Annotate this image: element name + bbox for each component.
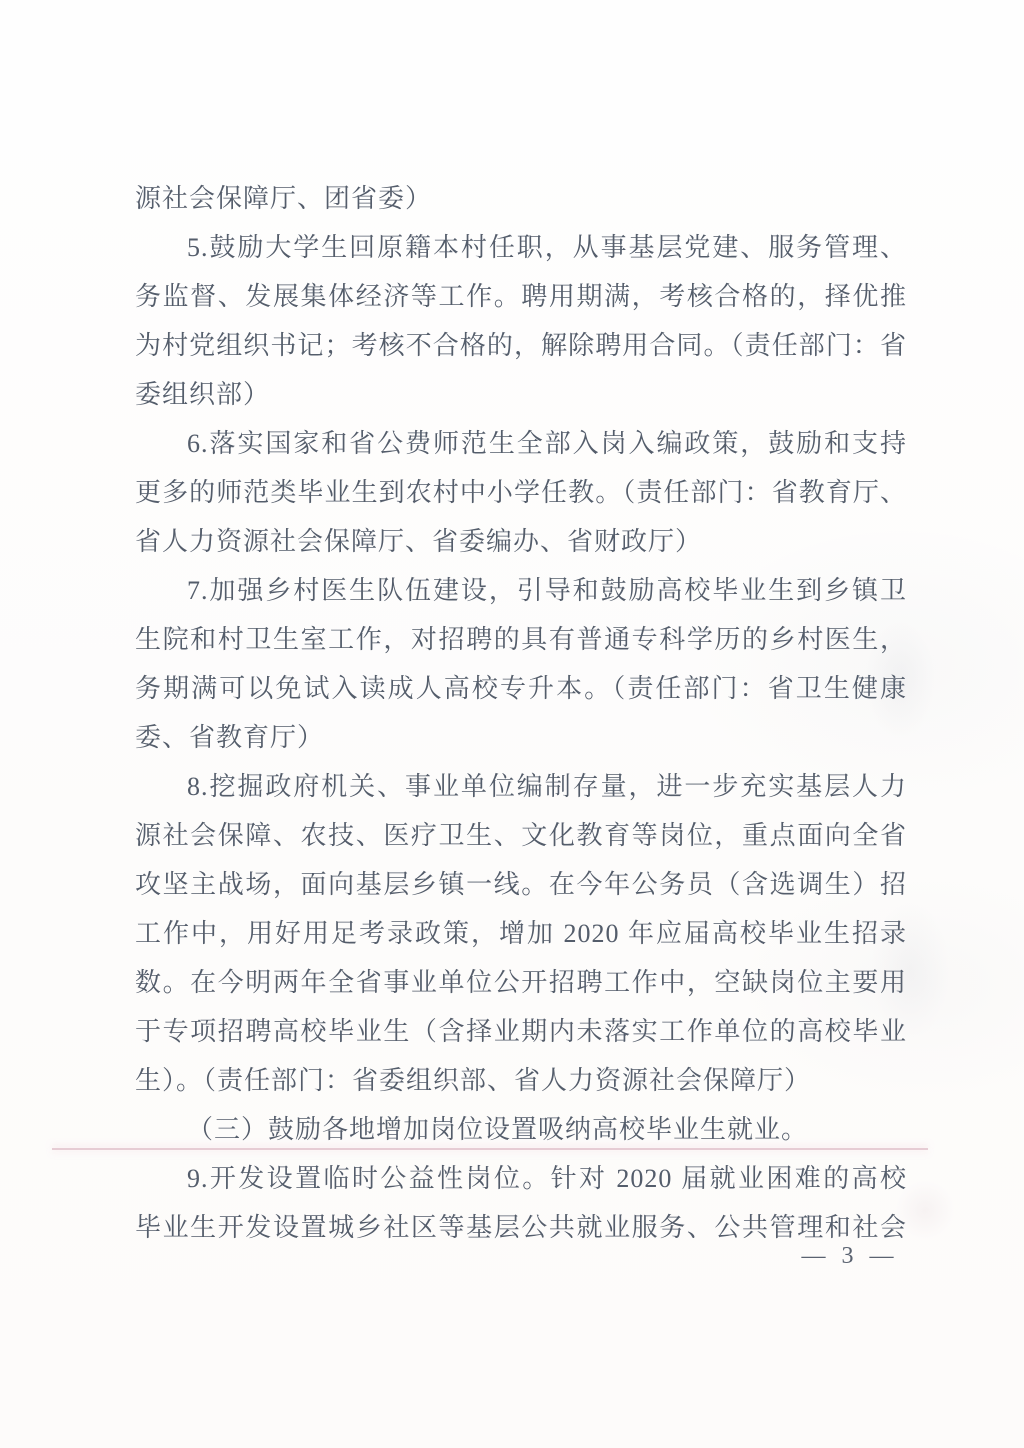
text-line: 源社会保障、农技、医疗卫生、文化教育等岗位，重点面向全省脱贫	[135, 811, 907, 860]
text-line: 委组织部）	[135, 370, 907, 419]
text-line: 8.挖掘政府机关、事业单位编制存量，进一步充实基层人力资	[135, 762, 907, 811]
text-line: 于专项招聘高校毕业生（含择业期内未落实工作单位的高校毕业	[135, 1007, 907, 1056]
page-number: — 3 —	[760, 1240, 940, 1272]
text-line: 攻坚主战场，面向基层乡镇一线。在今年公务员（含选调生）招录	[135, 860, 907, 909]
text-line: 更多的师范类毕业生到农村中小学任教。（责任部门：省教育厅、	[135, 468, 907, 517]
text-line: 9.开发设置临时公益性岗位。针对 2020 届就业困难的高校	[135, 1154, 907, 1203]
text-line: 生院和村卫生室工作，对招聘的具有普通专科学历的乡村医生，服	[135, 615, 907, 664]
document-page: 源社会保障厅、团省委）5.鼓励大学生回原籍本村任职，从事基层党建、服务管理、村务…	[0, 0, 1024, 1448]
text-line: 生）。（责任部门：省委组织部、省人力资源社会保障厅）	[135, 1056, 907, 1105]
text-line: 务监督、发展集体经济等工作。聘用期满，考核合格的，择优推选	[135, 272, 907, 321]
text-line: 为村党组织书记；考核不合格的，解除聘用合同。（责任部门：省	[135, 321, 907, 370]
text-line: 工作中，用好用足考录政策，增加 2020 年应届高校毕业生招录人	[135, 909, 907, 958]
text-line: 务期满可以免试入读成人高校专升本。（责任部门：省卫生健康	[135, 664, 907, 713]
text-line: 源社会保障厅、团省委）	[135, 174, 907, 223]
text-line: 6.落实国家和省公费师范生全部入岗入编政策，鼓励和支持	[135, 419, 907, 468]
text-line: 7.加强乡村医生队伍建设，引导和鼓励高校毕业生到乡镇卫	[135, 566, 907, 615]
document-body: 源社会保障厅、团省委）5.鼓励大学生回原籍本村任职，从事基层党建、服务管理、村务…	[135, 174, 907, 1252]
text-line: 委、省教育厅）	[135, 713, 907, 762]
text-line: 省人力资源社会保障厅、省委编办、省财政厅）	[135, 517, 907, 566]
text-line: 5.鼓励大学生回原籍本村任职，从事基层党建、服务管理、村	[135, 223, 907, 272]
scan-divider-line	[52, 1148, 928, 1150]
text-line: 数。在今明两年全省事业单位公开招聘工作中，空缺岗位主要用	[135, 958, 907, 1007]
text-line: （三）鼓励各地增加岗位设置吸纳高校毕业生就业。	[135, 1105, 907, 1154]
